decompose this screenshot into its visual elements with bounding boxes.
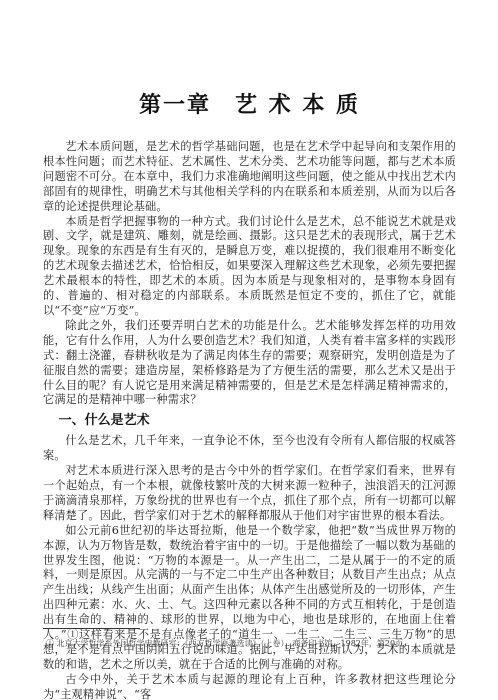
footnote: ① 北京大学哲学系外国哲学史教研室：《西方哲学原著选读》（上卷），商务印书馆，1… [46,638,456,649]
paragraph-essence: 本质是哲学把握事物的一种方式。我们讨论什么是艺术，总不能说艺术就是戏剧、文学，就… [43,215,456,319]
paragraph-intro: 艺术本质问题，是艺术的哲学基础问题，也是在艺术学中起导向和支架作用的根本性问题；… [43,140,456,215]
chapter-title: 第一章 艺 术 本 质 [43,88,456,119]
body-text: 艺术本质问题，是艺术的哲学基础问题，也是在艺术学中起导向和支架作用的根本性问题；… [43,140,456,700]
paragraph-function: 除此之外，我们还要弄明白艺术的功能是什么。艺术能够发挥怎样的功用效能，它有什么作… [43,319,456,408]
paragraph-philosophers: 对艺术本质进行深入思考的是古今中外的哲学家们。在哲学家们看来，世界有一个起始点，… [43,464,456,524]
paragraph-theories: 古今中外，关于艺术本质与起源的理论有上百种，许多教材把这些理论分为“主观精神说”… [43,673,456,700]
section-heading: 一、什么是艺术 [43,413,456,429]
footnote-divider [43,628,140,629]
paragraph-pythagoras: 如公元前6世纪初的毕达哥拉斯，他是一个数学家，他把“数”当成世界万物的本源，认为… [43,524,456,673]
paragraph-what-is-art: 什么是艺术，几千年来，一直争论不休，至今也没有令所有人都信服的权威答案。 [43,434,456,464]
